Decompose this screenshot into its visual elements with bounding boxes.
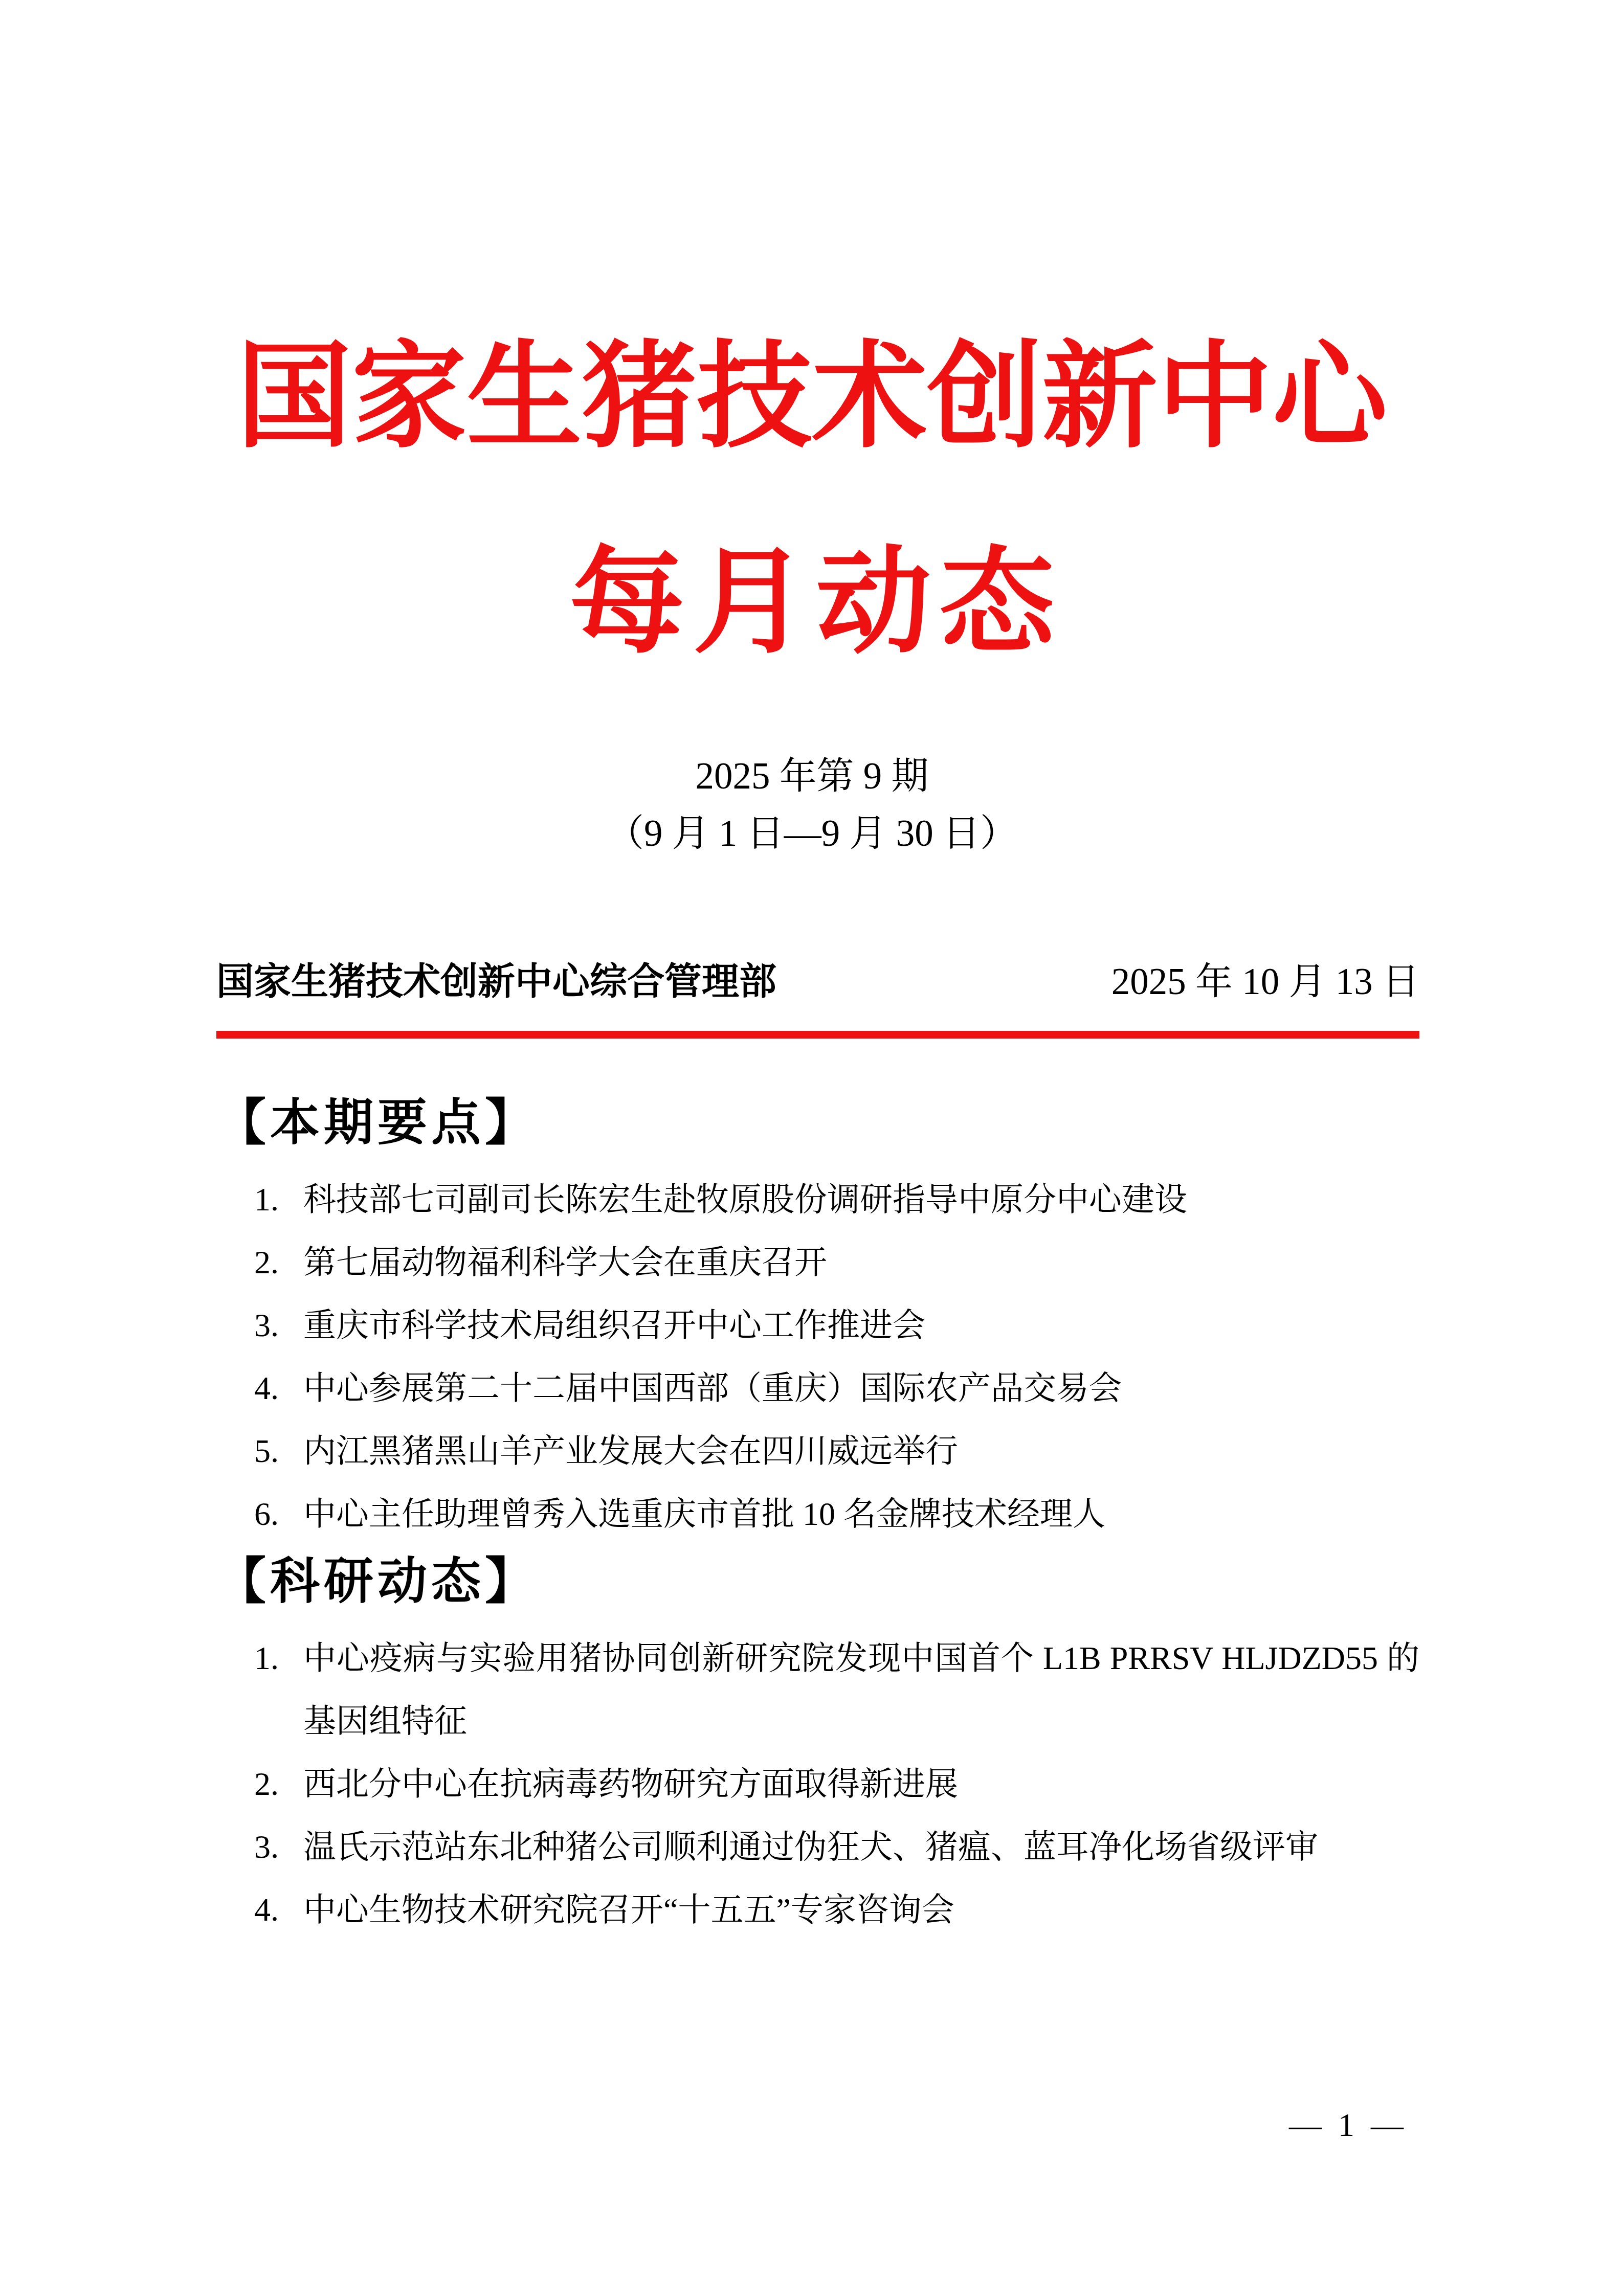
item-number: 4.	[254, 1878, 303, 1941]
list-item: 6. 中心主任助理曾秀入选重庆市首批 10 名金牌技术经理人	[216, 1482, 1419, 1545]
page-number: — 1 —	[1289, 2106, 1408, 2144]
item-text: 中心主任助理曾秀入选重庆市首批 10 名金牌技术经理人	[303, 1482, 1419, 1545]
publisher-name: 国家生猪技术创新中心综合管理部	[216, 958, 776, 1005]
item-number: 1.	[254, 1627, 303, 1752]
item-text: 内江黑猪黑山羊产业发展大会在四川威远举行	[303, 1420, 1419, 1482]
list-item: 4. 中心参展第二十二届中国西部（重庆）国际农产品交易会	[216, 1357, 1419, 1420]
list-item: 1. 中心疫病与实验用猪协同创新研究院发现中国首个 L1B PRRSV HLJD…	[216, 1627, 1419, 1752]
item-text: 中心参展第二十二届中国西部（重庆）国际农产品交易会	[303, 1357, 1419, 1420]
item-text: 中心疫病与实验用猪协同创新研究院发现中国首个 L1B PRRSV HLJDZD5…	[303, 1627, 1419, 1752]
item-text-line2: 基因组特征	[303, 1690, 1419, 1752]
list-item: 2. 第七届动物福利科学大会在重庆召开	[216, 1231, 1419, 1294]
publisher-row: 国家生猪技术创新中心综合管理部 2025 年 10 月 13 日	[216, 958, 1419, 1005]
item-number: 2.	[254, 1752, 303, 1815]
list-item: 5. 内江黑猪黑山羊产业发展大会在四川威远举行	[216, 1420, 1419, 1482]
list-item: 3. 温氏示范站东北种猪公司顺利通过伪狂犬、猪瘟、蓝耳净化场省级评审	[216, 1815, 1419, 1878]
red-divider-rule	[216, 1031, 1419, 1039]
item-text: 中心生物技术研究院召开“十五五”专家咨询会	[303, 1878, 1419, 1941]
item-text: 温氏示范站东北种猪公司顺利通过伪狂犬、猪瘟、蓝耳净化场省级评审	[303, 1815, 1419, 1878]
item-number: 1.	[254, 1168, 303, 1231]
item-number: 3.	[254, 1294, 303, 1357]
item-text: 第七届动物福利科学大会在重庆召开	[303, 1231, 1419, 1294]
item-number: 6.	[254, 1482, 303, 1545]
item-number: 2.	[254, 1231, 303, 1294]
list-item: 2. 西北分中心在抗病毒药物研究方面取得新进展	[216, 1752, 1419, 1815]
publish-date: 2025 年 10 月 13 日	[1111, 958, 1419, 1005]
section-heading-research: 【科研动态】	[216, 1551, 1419, 1612]
item-number: 4.	[254, 1357, 303, 1420]
list-item: 1. 科技部七司副司长陈宏生赴牧原股份调研指导中原分中心建设	[216, 1168, 1419, 1231]
newsletter-page: 国家生猪技术创新中心 每月动态 2025 年第 9 期 （9 月 1 日—9 月…	[0, 0, 1624, 2296]
masthead-title-line1: 国家生猪技术创新中心	[0, 337, 1624, 458]
coverage-period: （9 月 1 日—9 月 30 日）	[0, 810, 1624, 857]
list-item: 3. 重庆市科学技术局组织召开中心工作推进会	[216, 1294, 1419, 1357]
item-number: 5.	[254, 1420, 303, 1482]
research-list: 1. 中心疫病与实验用猪协同创新研究院发现中国首个 L1B PRRSV HLJD…	[216, 1627, 1419, 1941]
item-text-line1: 中心疫病与实验用猪协同创新研究院发现中国首个 L1B PRRSV HLJDZD5…	[303, 1627, 1419, 1690]
item-number: 3.	[254, 1815, 303, 1878]
masthead-title-line2: 每月动态	[0, 543, 1624, 663]
item-text: 科技部七司副司长陈宏生赴牧原股份调研指导中原分中心建设	[303, 1168, 1419, 1231]
section-heading-highlights: 【本期要点】	[216, 1092, 1419, 1154]
issue-number: 2025 年第 9 期	[0, 753, 1624, 800]
list-item: 4. 中心生物技术研究院召开“十五五”专家咨询会	[216, 1878, 1419, 1941]
item-text: 重庆市科学技术局组织召开中心工作推进会	[303, 1294, 1419, 1357]
item-text: 西北分中心在抗病毒药物研究方面取得新进展	[303, 1752, 1419, 1815]
highlights-list: 1. 科技部七司副司长陈宏生赴牧原股份调研指导中原分中心建设 2. 第七届动物福…	[216, 1168, 1419, 1545]
